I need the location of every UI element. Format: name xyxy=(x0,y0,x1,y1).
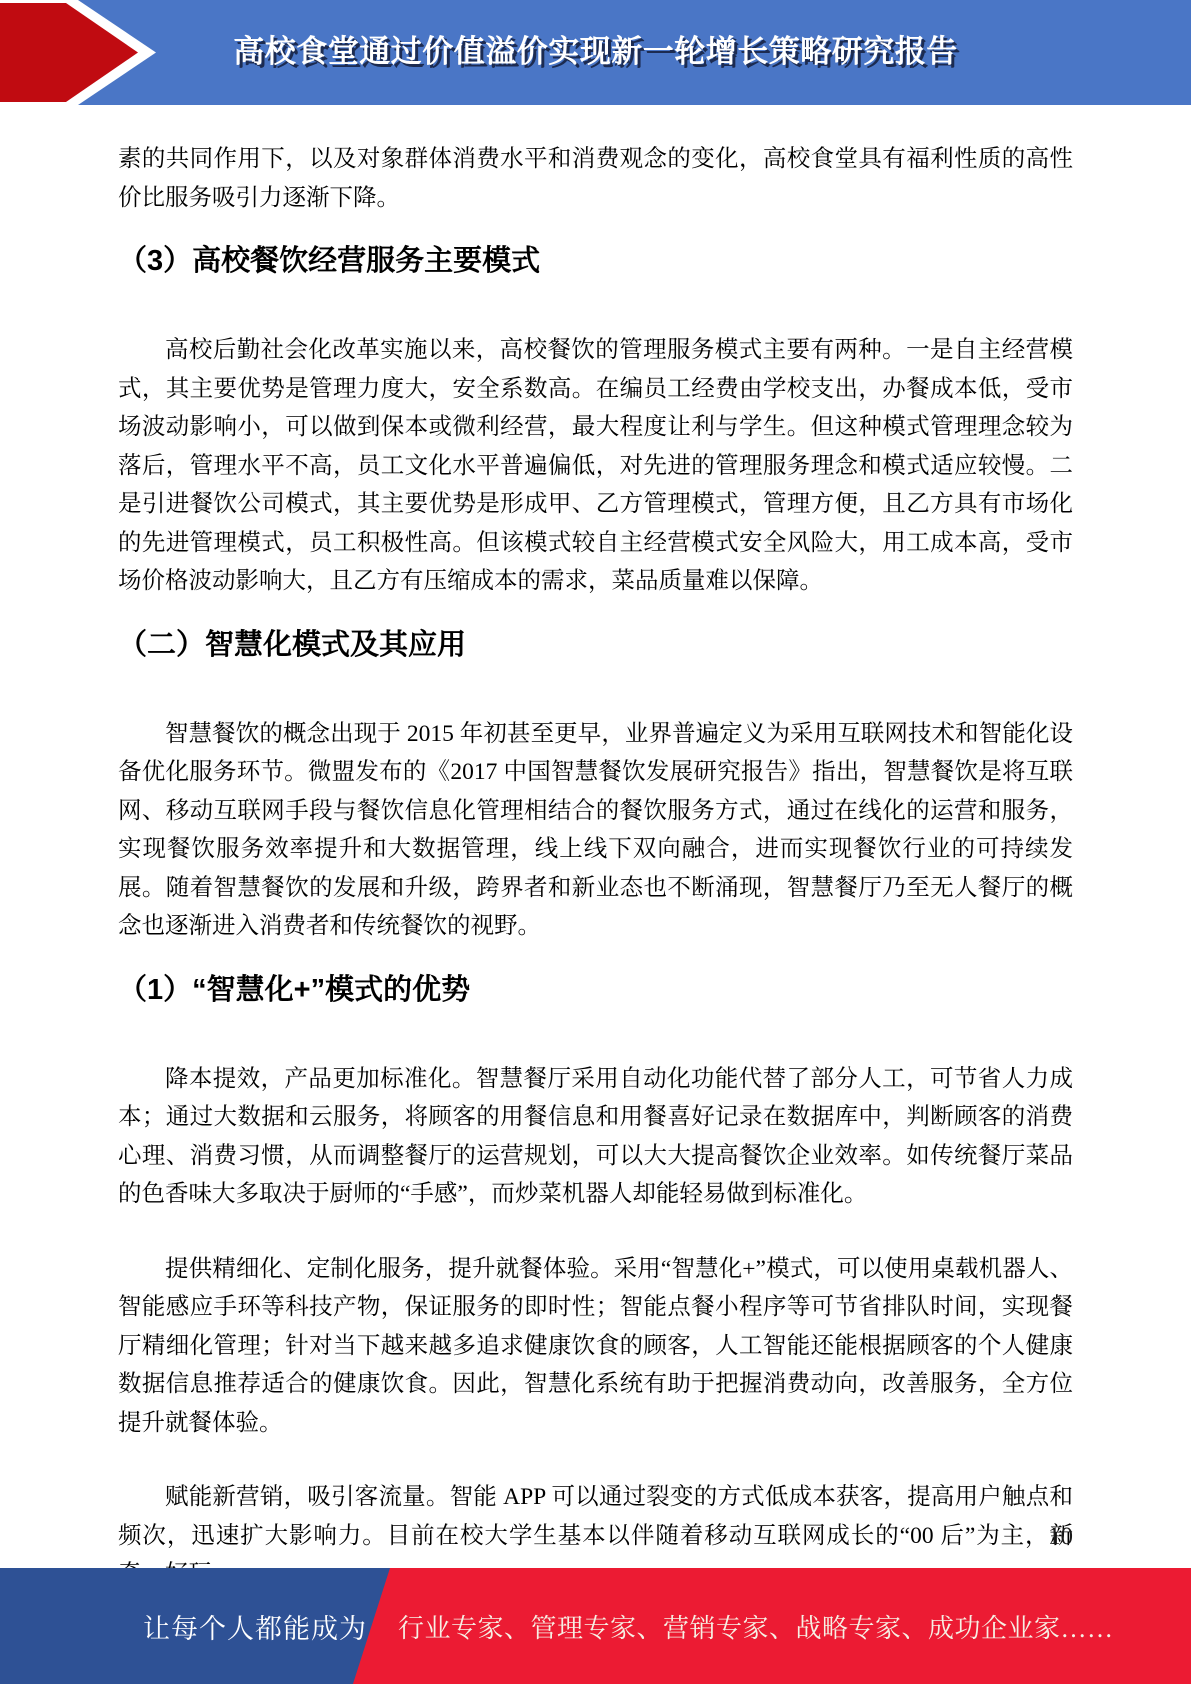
report-page: 高校食堂通过价值溢价实现新一轮增长策略研究报告 素的共同作用下，以及对象群体消费… xyxy=(0,0,1191,1684)
body-paragraph: 高校后勤社会化改革实施以来，高校餐饮的管理服务模式主要有两种。一是自主经营模式，… xyxy=(118,331,1073,601)
report-header: 高校食堂通过价值溢价实现新一轮增长策略研究报告 xyxy=(0,0,1191,105)
chevron-arrow-icon xyxy=(0,0,170,105)
footer-slogan-right: 行业专家、管理专家、营销专家、战略专家、成功企业家…… xyxy=(398,1568,1114,1684)
body-paragraph: 智慧餐饮的概念出现于 2015 年初甚至更早，业界普遍定义为采用互联网技术和智能… xyxy=(118,715,1073,946)
report-footer: 让每个人都能成为 行业专家、管理专家、营销专家、战略专家、成功企业家…… xyxy=(0,1568,1191,1684)
body-paragraph: 赋能新营销，吸引客流量。智能 APP 可以通过裂变的方式低成本获客，提高用户触点… xyxy=(118,1478,1073,1568)
section-heading: （3）高校餐饮经营服务主要模式 xyxy=(118,241,1073,281)
body-paragraph: 素的共同作用下，以及对象群体消费水平和消费观念的变化，高校食堂具有福利性质的高性… xyxy=(118,140,1073,217)
footer-slogan-left: 让每个人都能成为 xyxy=(143,1568,367,1684)
body-paragraph: 降本提效，产品更加标准化。智慧餐厅采用自动化功能代替了部分人工，可节省人力成本；… xyxy=(118,1060,1073,1214)
body-paragraph: 提供精细化、定制化服务，提升就餐体验。采用“智慧化+”模式，可以使用桌载机器人、… xyxy=(118,1250,1073,1443)
document-body: 素的共同作用下，以及对象群体消费水平和消费观念的变化，高校食堂具有福利性质的高性… xyxy=(0,105,1191,1568)
section-heading: （二）智慧化模式及其应用 xyxy=(118,625,1073,665)
page-number: 10 xyxy=(1048,1522,1073,1552)
section-heading: （1）“智慧化+”模式的优势 xyxy=(118,970,1073,1010)
report-title: 高校食堂通过价值溢价实现新一轮增长策略研究报告 xyxy=(233,26,958,71)
